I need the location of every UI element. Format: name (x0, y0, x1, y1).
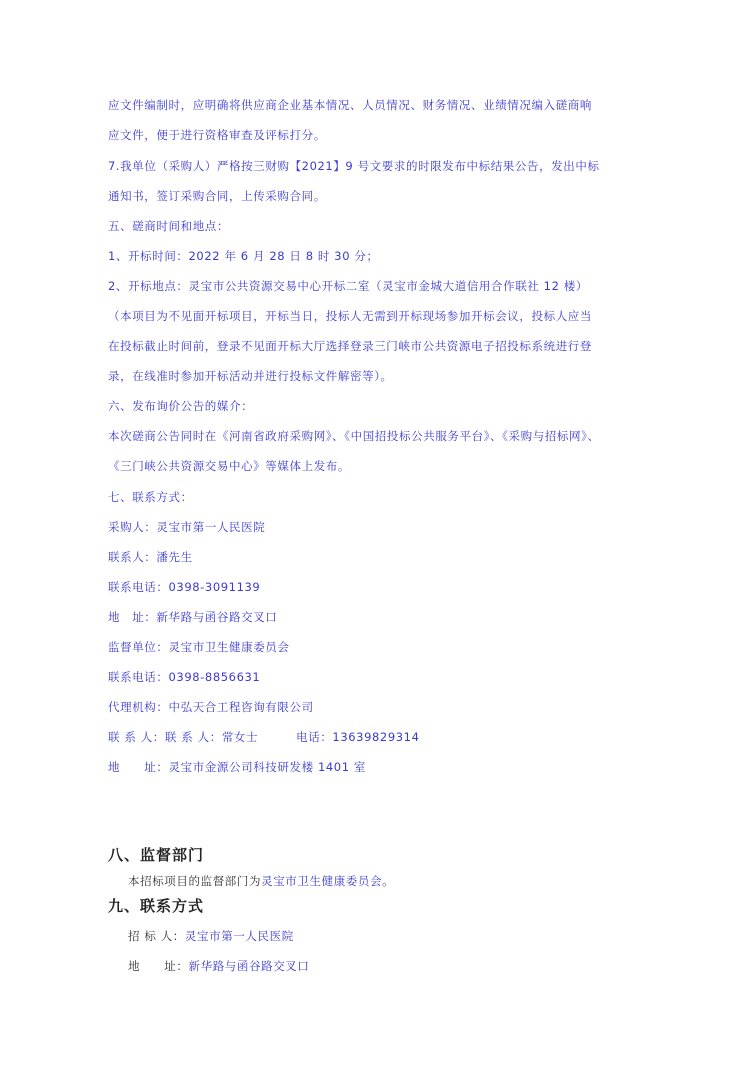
paragraph-line: 在投标截止时间前，登录不见面开标大厅选择登录三门峡市公共资源电子招投标系统进行登 (108, 338, 592, 354)
section-heading-9: 九、联系方式 (108, 896, 204, 916)
tenderer-address: 地 址：新华路与函谷路交叉口 (128, 958, 310, 974)
paragraph-line: （本项目为不见面开标项目，开标当日，投标人无需到开标现场参加开标会议，投标人应当 (108, 308, 592, 324)
agency-phone: 电话：13639829314 (296, 730, 419, 744)
agency-contact: 联 系 人：联 系 人：常女士电话：13639829314 (108, 729, 420, 745)
paragraph-line: 7.我单位（采购人）严格按三财购【2021】9 号文要求的时限发布中标结果公告，… (108, 158, 600, 174)
contact-person: 联系人：潘先生 (108, 549, 193, 565)
section-heading-8: 八、监督部门 (108, 845, 204, 865)
supervision-text: 本招标项目的监督部门为灵宝市卫生健康委员会。 (128, 873, 394, 889)
address: 地 址：新华路与函谷路交叉口 (108, 609, 277, 625)
section-heading-5: 五、磋商时间和地点： (108, 218, 229, 234)
paragraph-line: 录，在线准时参加开标活动并进行投标文件解密等）。 (108, 368, 393, 384)
tenderer: 招 标 人：灵宝市第一人民医院 (128, 928, 294, 944)
document-page: 应文件编制时，应明确将供应商企业基本情况、人员情况、财务情况、业绩情况编入磋商响… (0, 0, 752, 1070)
section-heading-6: 六、发布询价公告的媒介： (108, 398, 253, 414)
paragraph-line: 通知书，签订采购合同，上传采购合同。 (108, 188, 326, 204)
supervisor-unit: 监督单位：灵宝市卫生健康委员会 (108, 639, 290, 655)
supervisor-phone: 联系电话：0398-8856631 (108, 669, 260, 685)
paragraph-line: 《三门峡公共资源交易中心》等媒体上发布。 (108, 458, 350, 474)
agency-contact-person: 联 系 人：联 系 人：常女士 (108, 730, 258, 744)
paragraph-line: 应文件，便于进行资格审查及评标打分。 (108, 127, 326, 143)
contact-phone: 联系电话：0398-3091139 (108, 579, 260, 595)
agency: 代理机构：中弘天合工程咨询有限公司 (108, 699, 314, 715)
agency-address: 地 址：灵宝市金源公司科技研发楼 1401 室 (108, 759, 366, 775)
paragraph-line: 本次磋商公告同时在《河南省政府采购网》、《中国招投标公共服务平台》、《采购与招标… (108, 428, 600, 444)
paragraph-line: 应文件编制时，应明确将供应商企业基本情况、人员情况、财务情况、业绩情况编入磋商响 (108, 97, 592, 113)
section-heading-7: 七、联系方式： (108, 489, 193, 505)
opening-location: 2、开标地点：灵宝市公共资源交易中心开标二室（灵宝市金城大道信用合作联社 12 … (108, 278, 588, 294)
supervision-dept: 灵宝市卫生健康委员会 (261, 874, 382, 888)
purchaser: 采购人：灵宝市第一人民医院 (108, 519, 265, 535)
opening-time: 1、开标时间：2022 年 6 月 28 日 8 时 30 分； (108, 248, 379, 264)
